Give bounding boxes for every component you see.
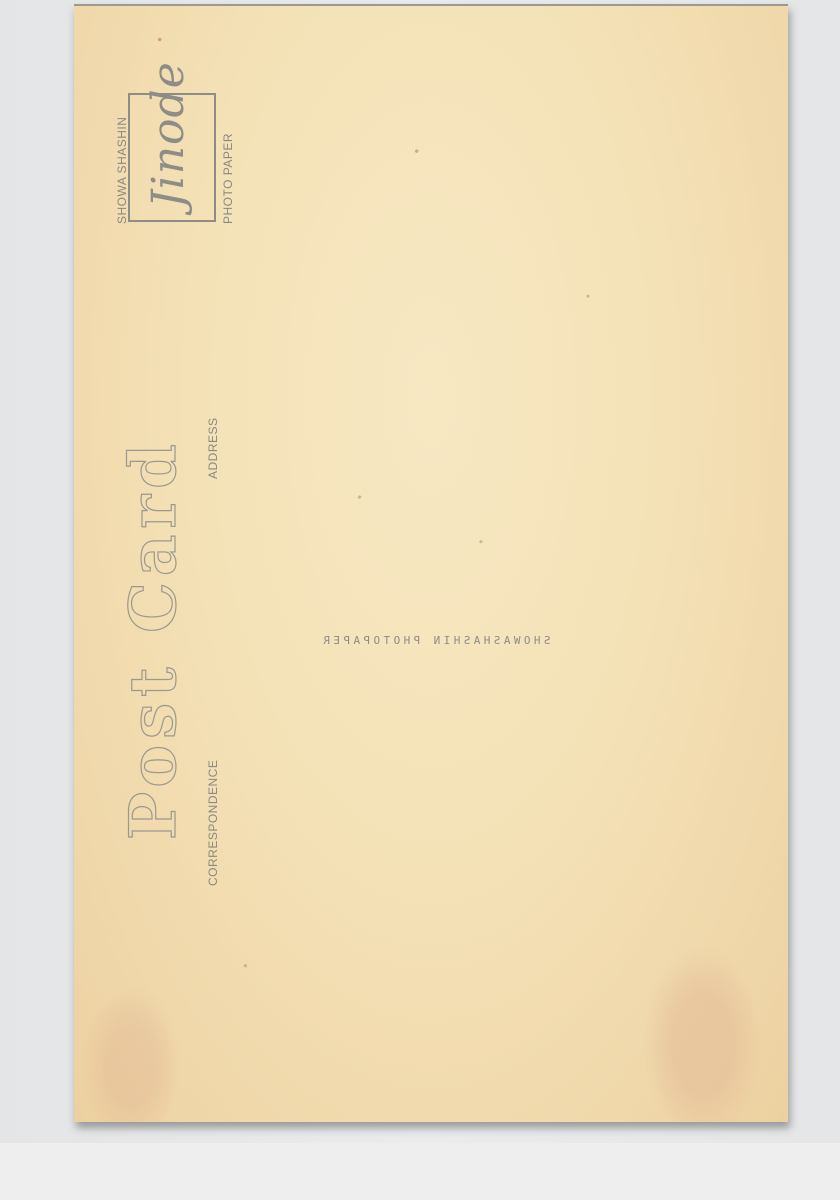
logo-right-caption: PHOTO PAPER — [221, 133, 235, 224]
jinode-logo-icon: Jinode — [143, 61, 194, 208]
logo-left-caption: SHOWA SHASHIN — [115, 117, 129, 224]
correspondence-label: CORRESPONDENCE — [206, 760, 220, 886]
center-divider-text: SHOWASHASHIN PHOTOPAPER — [320, 634, 551, 647]
photo-paper-logo-box: Jinode — [128, 93, 216, 222]
address-label: ADDRESS — [206, 417, 220, 479]
post-card-title: Post Card — [116, 438, 191, 840]
